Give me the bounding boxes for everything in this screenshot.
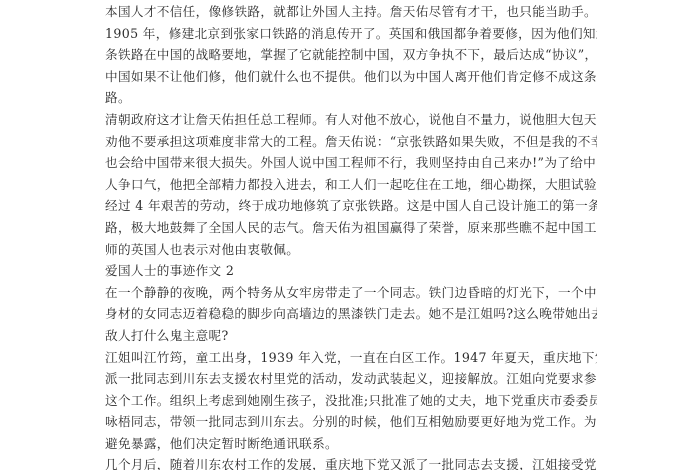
text-line: 身材的女同志迈着稳稳的脚步向高墙边的黑漆铁门走去。她不是江姐吗?这么晚带她出去， <box>105 303 597 325</box>
text-line: 劝他不要承担这项难度非常大的工程。詹天佑说：“京张铁路如果失败，不但是我的不幸， <box>105 131 597 153</box>
text-line: 师的英国人也表示对他由衷敬佩。 <box>105 239 597 261</box>
text-line: 人争口气，他把全部精力都投入进去，和工人们一起吃住在工地，细心勘探，大胆试验， <box>105 174 597 196</box>
text-line: 派一批同志到川东去支援农村里党的活动，发动武装起义，迎接解放。江姐向党要求参加 <box>105 368 597 390</box>
text-line: 清朝政府这才让詹天佑担任总工程师。有人对他不放心，说他自不量力，说他胆大包天， <box>105 109 597 131</box>
text-line: 在一个静静的夜晚，两个特务从女牢房带走了一个同志。铁门边昏暗的灯光下，一个中等 <box>105 282 597 304</box>
text-line: 条铁路在中国的战略要地，掌握了它就能控制中国，双方争执不下，最后达成“协议”，说 <box>105 44 597 66</box>
text-line: 本国人才不信任，像修铁路，就都让外国人主持。詹天佑尽管有才干，也只能当助手。 <box>105 1 597 23</box>
text-line: 江姐叫江竹筠，童工出身，1939 年入党，一直在白区工作。1947 年夏天，重庆… <box>105 347 597 369</box>
text-line: 敌人打什么鬼主意呢? <box>105 325 597 347</box>
text-line: 避免暴露，他们决定暂时断绝通讯联系。 <box>105 433 597 455</box>
text-line: 中国如果不让他们修，他们就什么也不提供。他们以为中国人离开他们肯定修不成这条铁 <box>105 66 597 88</box>
document-body: 本国人才不信任，像修铁路，就都让外国人主持。詹天佑尽管有才干，也只能当助手。 1… <box>105 1 597 470</box>
text-line: 这个工作。组织上考虑到她刚生孩子，没批准;只批准了她的丈夫，地下党重庆市委委员彭 <box>105 390 597 412</box>
text-line: 路，极大地鼓舞了全国人民的志气。詹天佑为祖国赢得了荣誉，原来那些瞧不起中国工程 <box>105 217 597 239</box>
text-line: 经过 4 年艰苦的劳动，终于成功地修筑了京张铁路。这是中国人自己设计施工的第一条… <box>105 195 597 217</box>
text-line: 1905 年，修建北京到张家口铁路的消息传开了。英国和俄国都争着要修，因为他们知… <box>105 23 597 45</box>
section-heading: 爱国人士的事迹作文 2 <box>105 260 597 282</box>
text-line: 也会给中国带来很大损失。外国人说中国工程师不行，我则坚持由自己来办!”为了给中国 <box>105 152 597 174</box>
text-line: 几个月后，随着川东农村工作的发展，重庆地下党又派了一批同志去支援，江姐接受党交 <box>105 454 597 470</box>
text-line: 路。 <box>105 87 597 109</box>
document-page: 本国人才不信任，像修铁路，就都让外国人主持。詹天佑尽管有才干，也只能当助手。 1… <box>0 0 700 470</box>
text-line: 咏梧同志，带领一批同志到川东去。分别的时候，他们互相勉励要更好地为党工作。为了 <box>105 411 597 433</box>
